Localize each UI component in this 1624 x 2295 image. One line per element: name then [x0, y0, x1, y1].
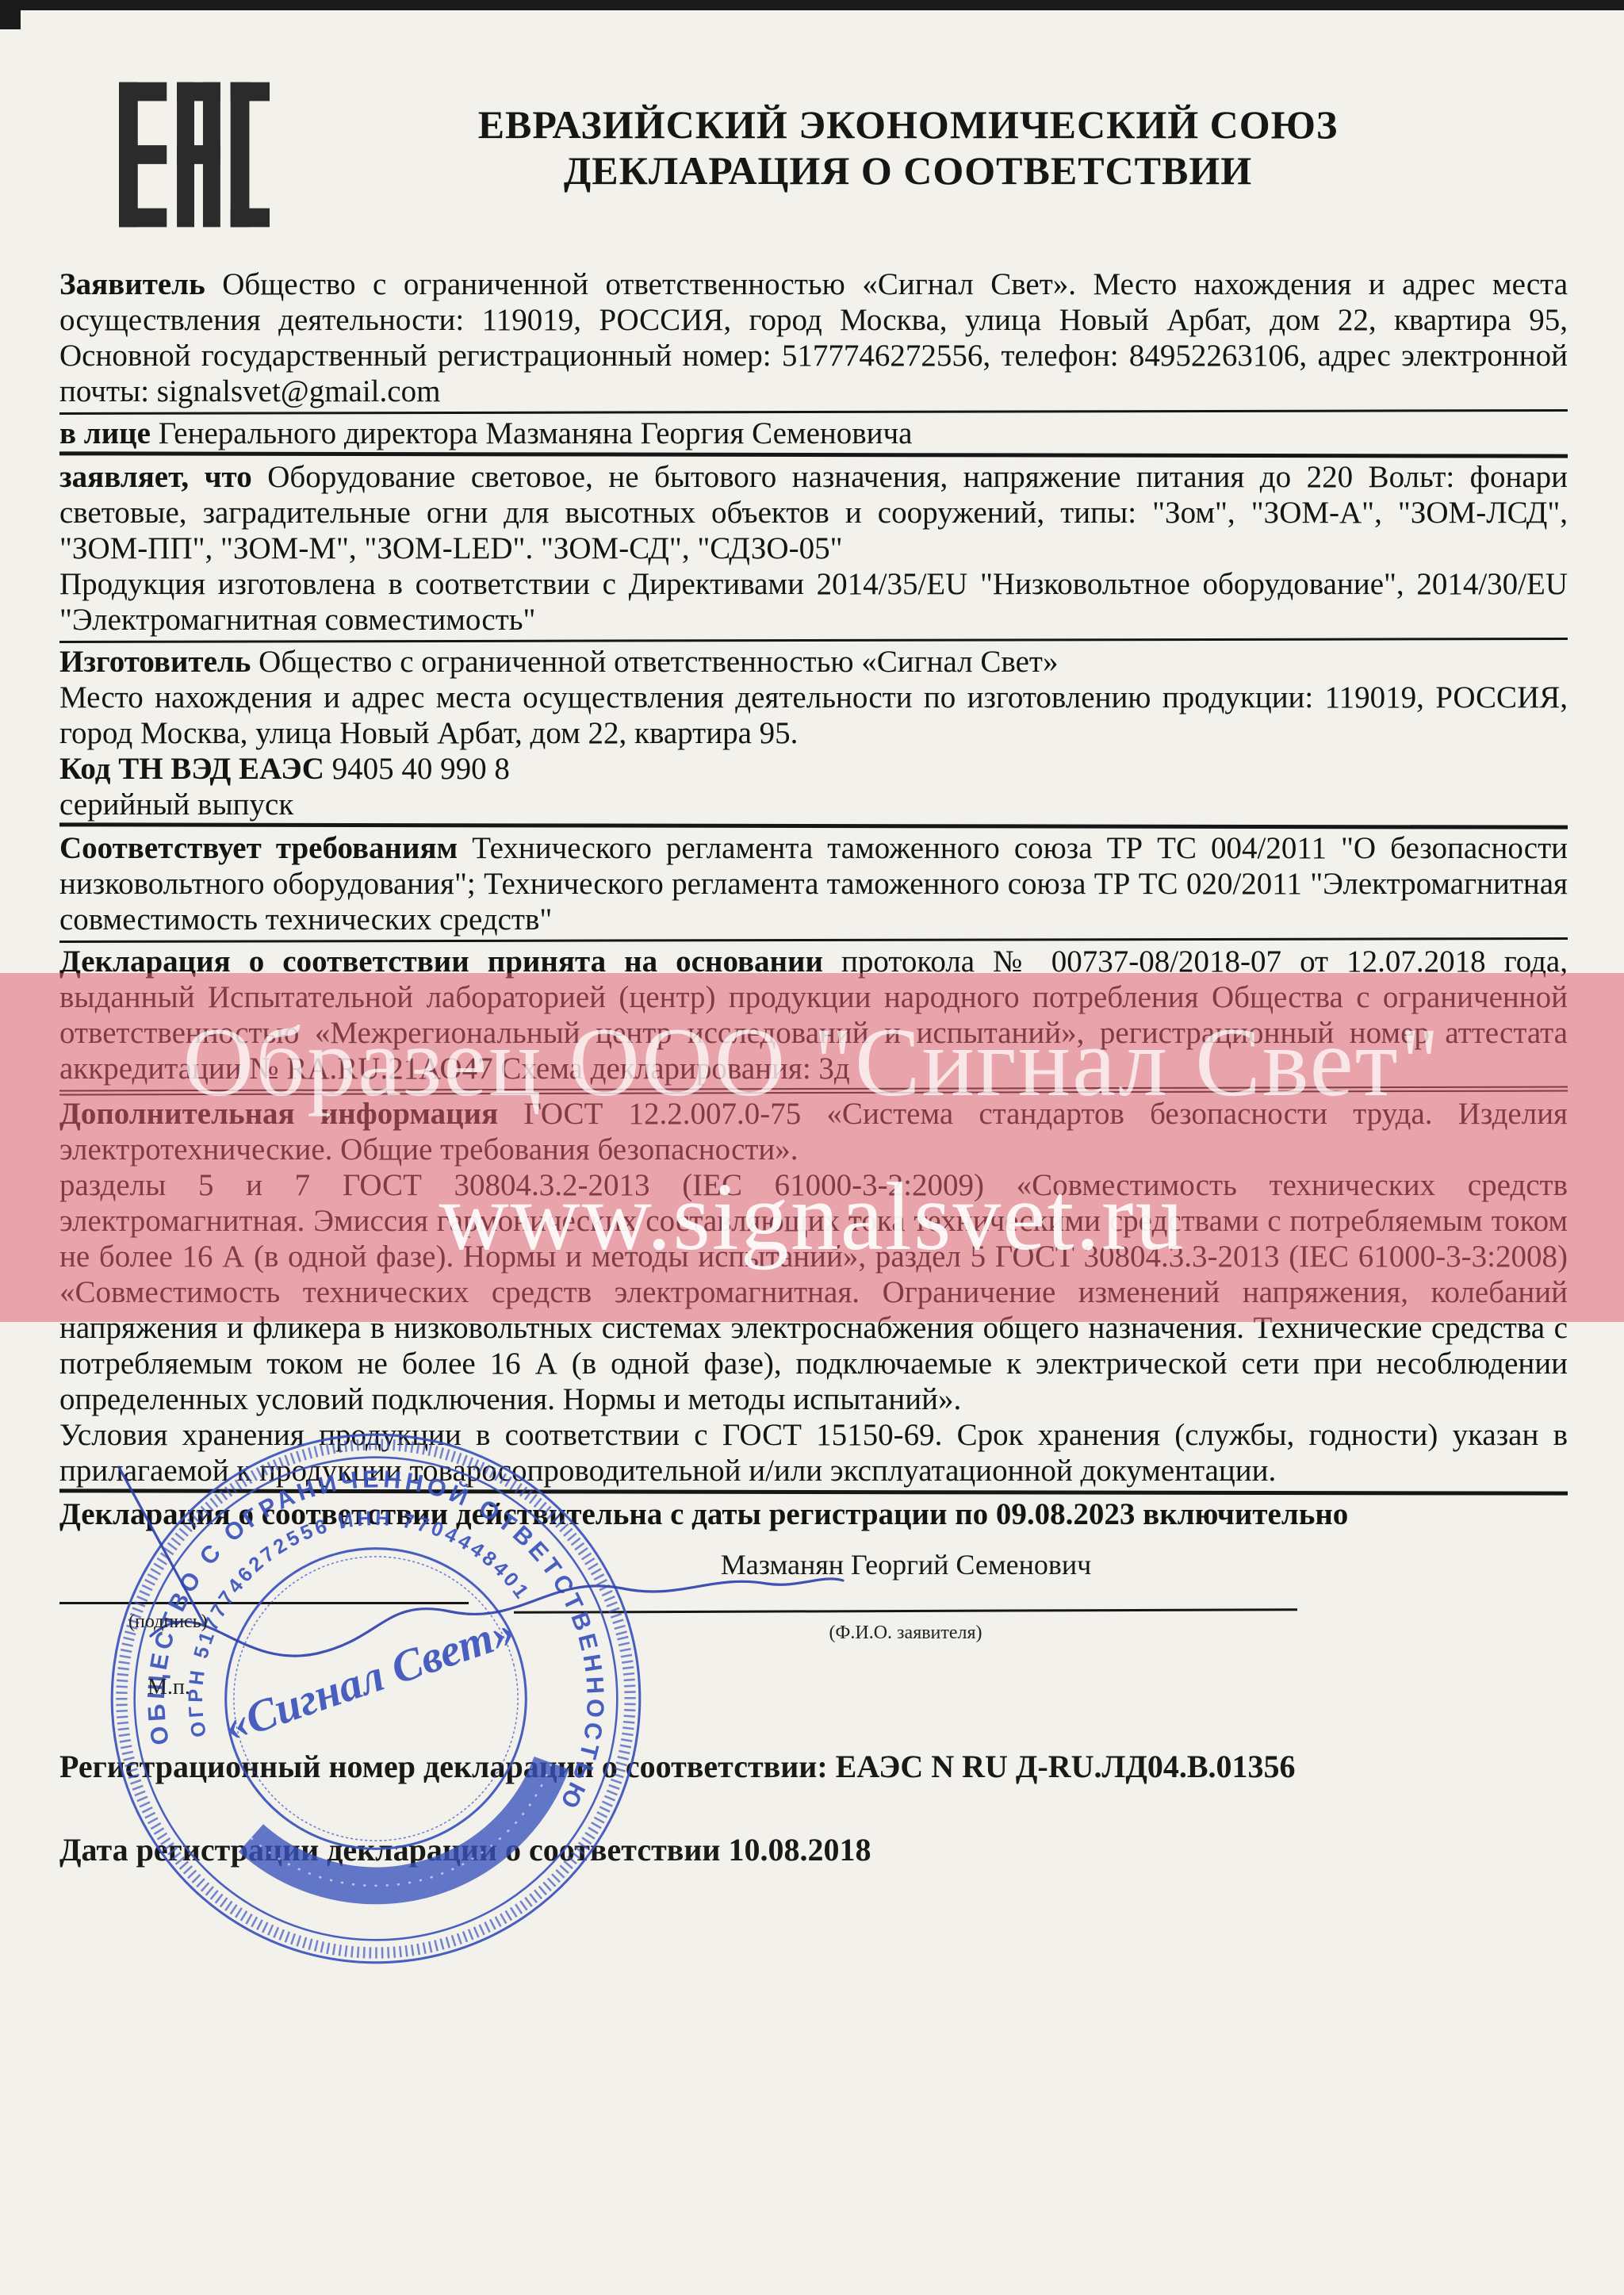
complies-paragraph: Соответствует требованиям Технического р…	[59, 830, 1568, 937]
fio-underline	[514, 1608, 1297, 1613]
tnved-line: Код ТН ВЭД ЕАЭС 9405 40 990 8	[59, 751, 1568, 787]
applicant-paragraph: Заявитель Общество с ограниченной ответс…	[59, 266, 1568, 409]
title-line-union: ЕВРАЗИЙСКИЙ ЭКОНОМИЧЕСКИЙ СОЮЗ	[274, 102, 1542, 148]
eac-mark-logo	[119, 81, 270, 228]
registration-number-line: Регистрационный номер декларации о соотв…	[59, 1748, 1570, 1785]
manufacturer-paragraph: Изготовитель Общество с ограниченной отв…	[59, 644, 1568, 822]
separator-line	[59, 409, 1568, 415]
tnved-value: 9405 40 990 8	[332, 752, 510, 786]
declares-text: Оборудование световое, не бытового назна…	[59, 460, 1568, 565]
declaration-document-page: { "document": { "eac_mark": "EAC", "titl…	[0, 0, 1624, 2295]
applicant-text: Общество с ограниченной ответственностью…	[59, 267, 1568, 408]
separator-line	[59, 822, 1568, 829]
serial-release-text: серийный выпуск	[59, 787, 1568, 822]
in-person-text: Генерального директора Мазманяна Георгия…	[159, 416, 913, 450]
stamp-company-name: «Сигнал Свет»	[218, 1605, 522, 1751]
document-title: ЕВРАЗИЙСКИЙ ЭКОНОМИЧЕСКИЙ СОЮЗ ДЕКЛАРАЦИ…	[274, 102, 1542, 193]
applicant-label: Заявитель	[59, 267, 205, 301]
basis-label: Декларация о соответствии принята на осн…	[59, 944, 823, 979]
manufacturer-label: Изготовитель	[59, 645, 251, 679]
in-person-label: в лице	[59, 416, 151, 450]
separator-line	[59, 638, 1568, 643]
tnved-label: Код ТН ВЭД ЕАЭС	[59, 752, 324, 786]
separator-line	[59, 451, 1568, 458]
fio-caption: (Ф.И.О. заявителя)	[514, 1623, 1297, 1644]
declares-paragraph: заявляет, что Оборудование световое, не …	[59, 459, 1568, 638]
separator-line	[59, 1086, 1568, 1096]
additional-info-text3: Условия хранения продукции в соответстви…	[59, 1417, 1568, 1488]
stamp-place-label: М.п.	[147, 1675, 190, 1700]
validity-text: Декларация о соответствии действительна …	[59, 1497, 1348, 1531]
complies-label: Соответствует требованиям	[59, 831, 458, 865]
scan-edge-bar	[0, 0, 1624, 10]
separator-line	[59, 1488, 1568, 1495]
additional-info-label: Дополнительная информация	[59, 1097, 498, 1131]
separator-line	[59, 937, 1568, 943]
additional-info-text2: разделы 5 и 7 ГОСТ 30804.3.2-2013 (IEC 6…	[59, 1167, 1568, 1417]
signature-caption: (подпись)	[128, 1611, 208, 1633]
registration-date-line: Дата регистрации декларации о соответств…	[59, 1831, 1570, 1868]
title-line-declaration: ДЕКЛАРАЦИЯ О СООТВЕТСТВИИ	[274, 148, 1542, 193]
declares-label: заявляет, что	[59, 460, 252, 494]
declaration-body: Заявитель Общество с ограниченной ответс…	[59, 266, 1568, 1532]
basis-paragraph: Декларация о соответствии принята на осн…	[59, 944, 1568, 1086]
in-person-paragraph: в лице Генерального директора Мазманяна …	[59, 416, 1568, 451]
validity-paragraph: Декларация о соответствии действительна …	[59, 1496, 1568, 1532]
manufacturer-text: Общество с ограниченной ответственностью…	[259, 645, 1058, 679]
scan-edge-corner	[0, 10, 21, 29]
manufacturer-address: Место нахождения и адрес места осуществл…	[59, 680, 1568, 751]
signature-underline	[59, 1602, 469, 1604]
applicant-full-name: Мазманян Георгий Семенович	[515, 1548, 1297, 1581]
declares-directives-text: Продукция изготовлена в соответствии с Д…	[59, 566, 1568, 638]
additional-info-paragraph: Дополнительная информация ГОСТ 12.2.007.…	[59, 1096, 1568, 1488]
